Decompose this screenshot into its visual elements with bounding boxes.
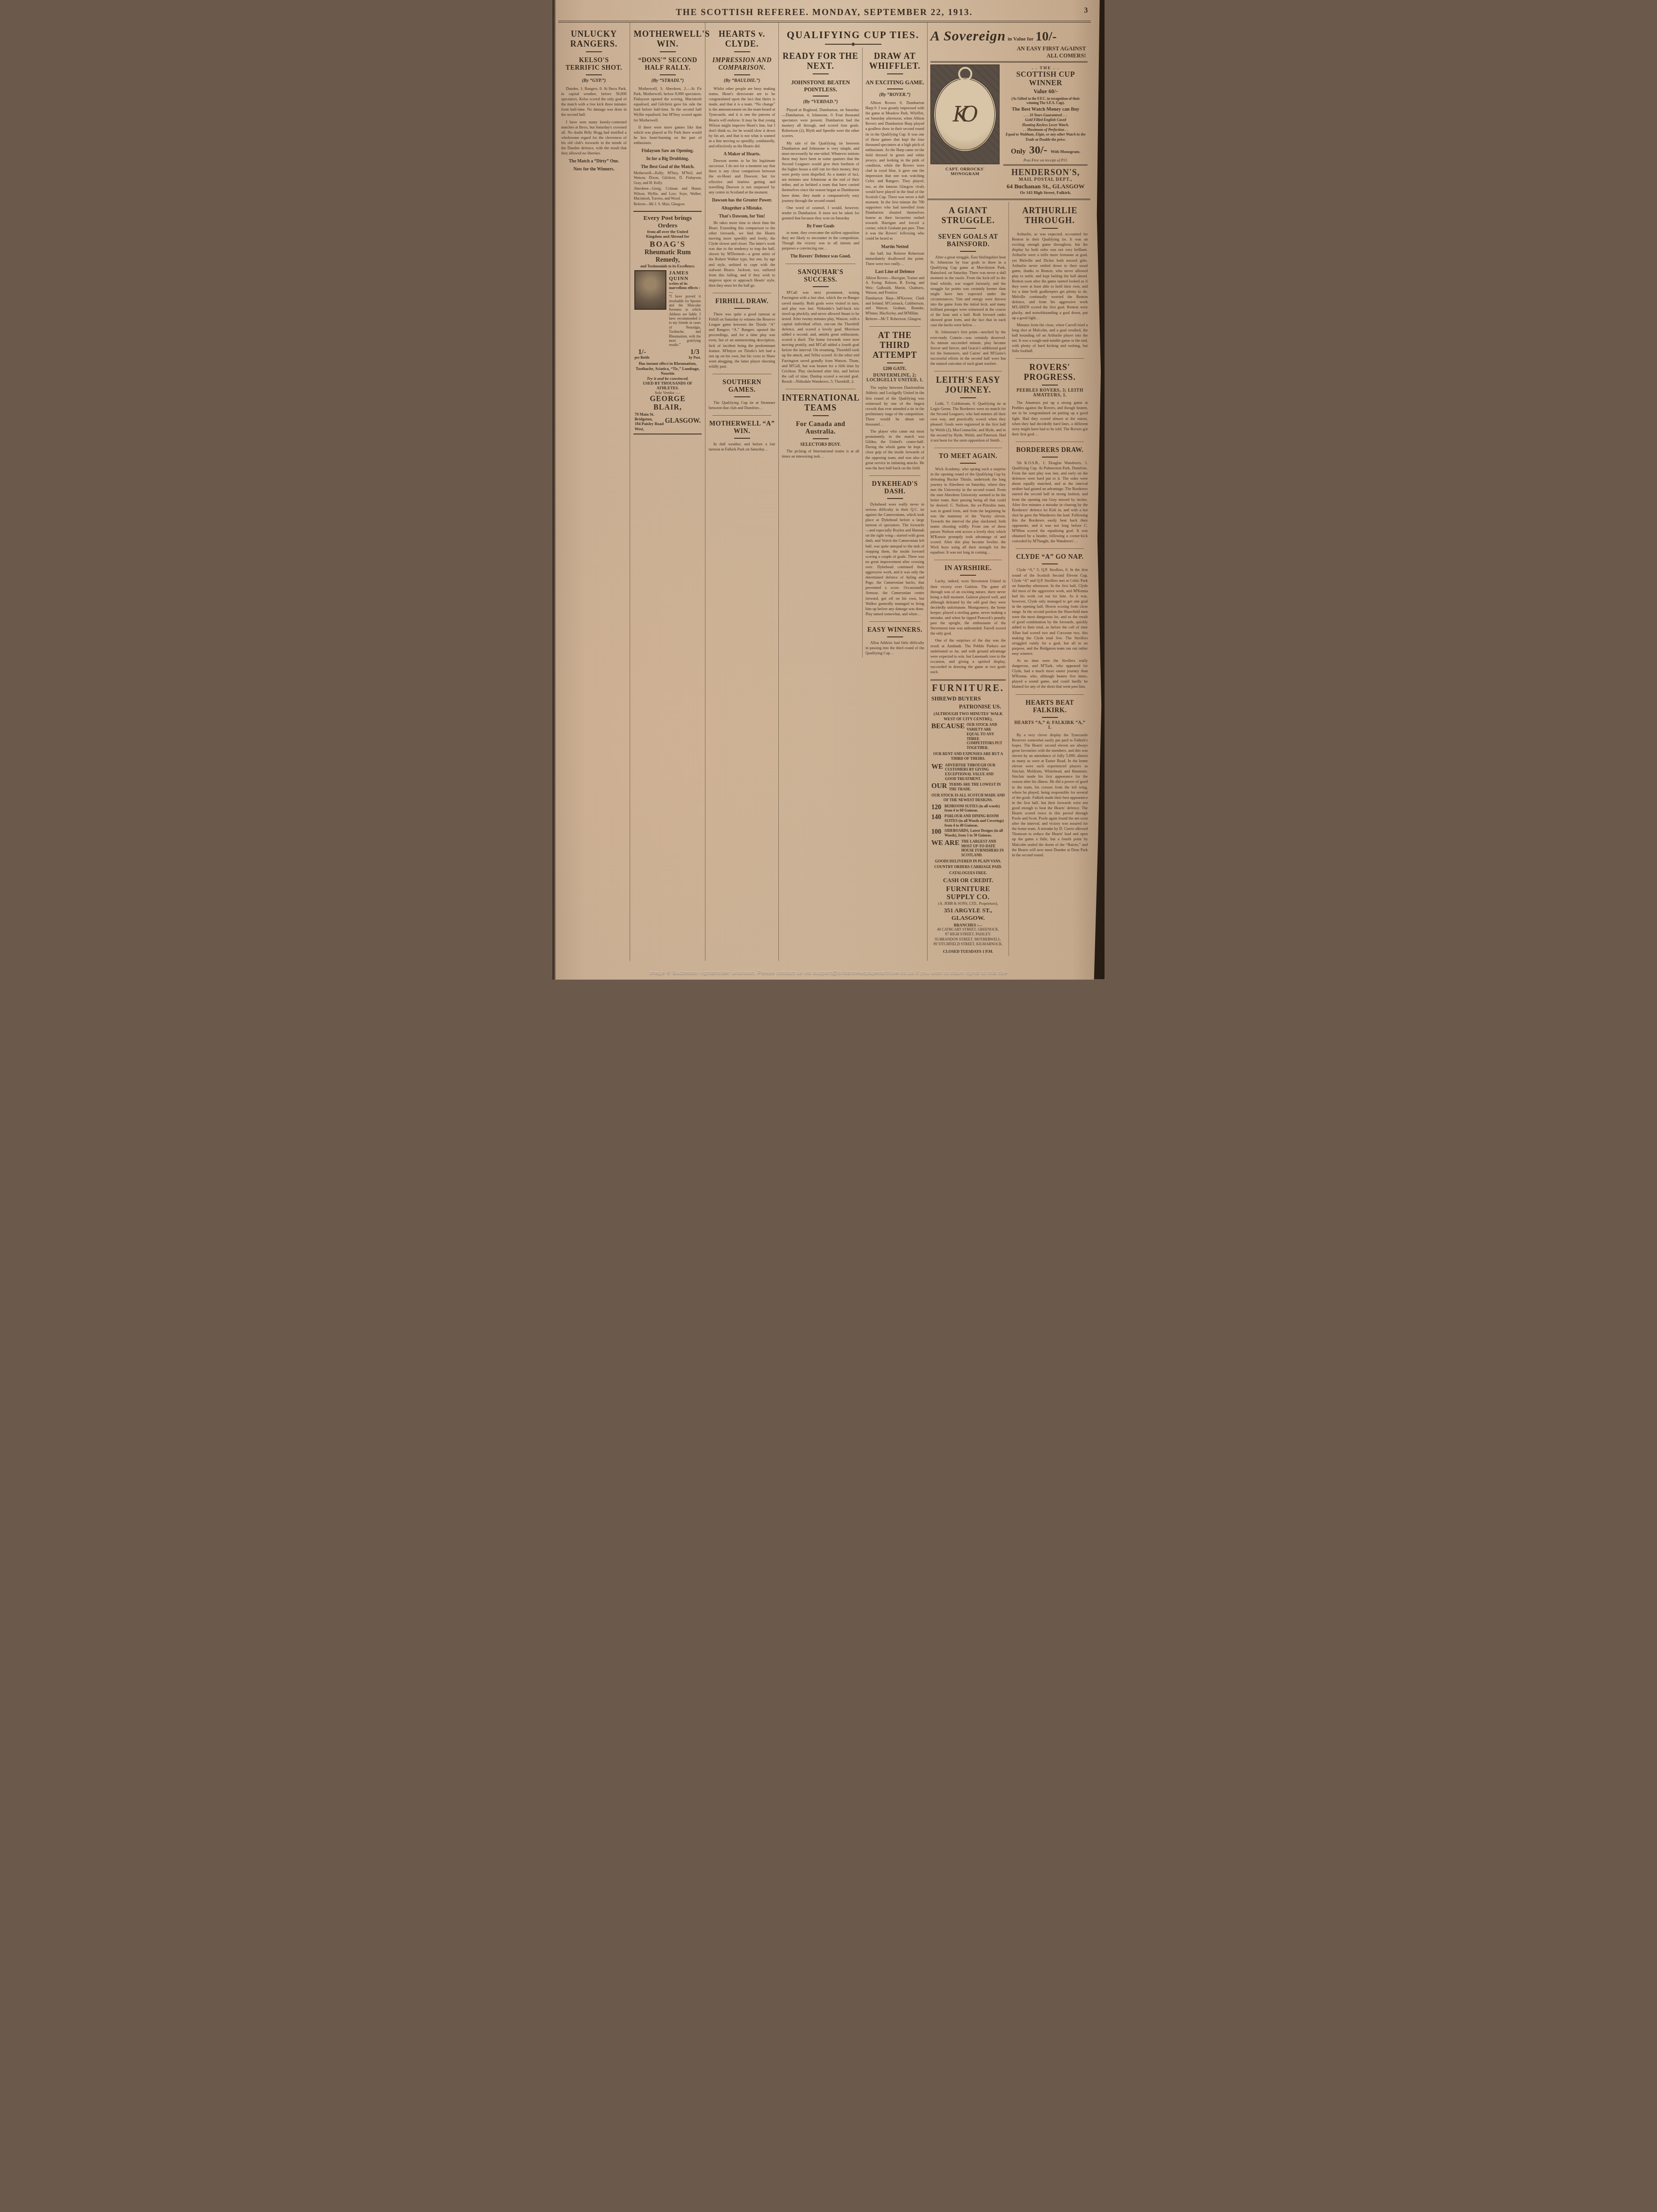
advert-best-line: The Best Watch Money can Buy bbox=[1003, 107, 1088, 112]
byline: (By “BAULDIE.”) bbox=[709, 78, 775, 83]
stock-item: 140PARLOUR AND DINING-ROOM SUITES (in al… bbox=[931, 814, 1005, 828]
rule bbox=[930, 61, 1088, 63]
headline-divider bbox=[1042, 563, 1058, 564]
stock-item-count: 100 bbox=[931, 828, 943, 837]
headline: DRAW AT WHIFFLET. bbox=[865, 51, 924, 71]
price-bottle: 1/-per Bottle bbox=[634, 349, 649, 360]
advert-line: PATRONISE US. bbox=[931, 703, 1001, 710]
headline-divider bbox=[1042, 457, 1058, 458]
branch-address: 40 CATHCART STREET, GREENOCK. bbox=[931, 927, 1005, 932]
advert-address-1: 64 Buchanan St., GLASGOW bbox=[1003, 183, 1088, 190]
advert-try-line: Try it and be convinced. bbox=[634, 376, 701, 381]
paragraph: The Qualifying Cup tie at Stranraer betw… bbox=[709, 400, 775, 410]
james-quinn-portrait bbox=[634, 270, 666, 310]
headline-divider bbox=[813, 415, 829, 416]
paragraph: 5th K.O.S.B., 1; Douglas Wanderers, 1. Q… bbox=[1012, 460, 1088, 544]
score-line: HEARTS “A,” 4; FALKIRK “A,” 1. bbox=[1012, 721, 1088, 730]
endorser-name: JAMES QUINN bbox=[669, 270, 701, 282]
article-rule bbox=[934, 371, 1002, 371]
monogram-letters: KO bbox=[953, 103, 972, 127]
paragraph: St. Johnstone's first point—notched by t… bbox=[930, 330, 1006, 366]
paragraph: Wick Academy, who sprang such a surprise… bbox=[930, 467, 1006, 555]
advert-vendor-line: Sole Vendor :— bbox=[634, 390, 701, 395]
advert-service-line: COUNTRY ORDERS CARRIAGE PAID. bbox=[931, 865, 1005, 869]
score-line: PEEBLES ROVERS, 3; LEITH AMATEURS, 1. bbox=[1012, 388, 1088, 398]
advert-product: Rheumatic Rum Remedy, bbox=[634, 249, 701, 264]
paragraph: Alloa Athletic had little difficulty in … bbox=[865, 640, 924, 656]
price-post: 1/3by Post. bbox=[689, 349, 701, 360]
branch-address: 93 BRANDON STREET, MOTHERWELL. bbox=[931, 937, 1005, 942]
stock-item-count: 140 bbox=[931, 814, 943, 828]
sub-headline: SEVEN GOALS AT BAINSFORD. bbox=[930, 233, 1006, 249]
team-list-line: Aberdeen—Greig; Colman and Hume; Wilson,… bbox=[633, 186, 702, 201]
article-rule bbox=[934, 448, 1002, 448]
advert-copy: JAMES QUINNwrites of its marvellous effe… bbox=[669, 270, 701, 347]
headline-divider bbox=[887, 498, 903, 499]
advert-used-line: USED BY THOUSANDS OF ATHLETES. bbox=[634, 381, 701, 390]
advert-rent-line: OUR RENT AND EXPENSES ARE BUT A THIRD OF… bbox=[931, 752, 1005, 762]
stock-item: 120BEDROOM SUITES (in all woods) from 4 … bbox=[931, 804, 1005, 813]
headline: BORDERERS DRAW. bbox=[1012, 447, 1088, 454]
advert-script-text: A Sovereign bbox=[930, 28, 1006, 44]
team-list-line: Referee—Mr T. Robertson, Glasgow. bbox=[865, 317, 924, 322]
column-layout: UNLUCKY RANGERS.KELSO'S TERRIFIC SHOT.(B… bbox=[558, 23, 1091, 961]
advert-cash-line: CASH OR CREDIT. bbox=[931, 877, 1005, 884]
headline: CLYDE “A” GO NAP. bbox=[1012, 554, 1088, 561]
closed-note: CLOSED TUESDAYS 1 P.M. bbox=[931, 949, 1005, 954]
paragraph: The Amateurs put up a strong game at Pee… bbox=[1012, 400, 1088, 437]
paragraph: Dawson seems to be his legitimate succes… bbox=[709, 158, 775, 195]
boags-advert: Every Post brings Ordersfrom all over th… bbox=[633, 211, 702, 434]
paragraph: Arthurlie, as was expected, accounted fo… bbox=[1012, 232, 1088, 321]
crosshead: Last Line of Defence bbox=[865, 270, 924, 274]
headline: MOTHERWELL “A” WIN. bbox=[709, 420, 775, 435]
right-column-left: A GIANT STRUGGLE.SEVEN GOALS AT BAINSFOR… bbox=[928, 202, 1009, 956]
paragraph: There was quite a good turnout at Firhil… bbox=[709, 312, 775, 369]
paragraph: If there were more games like that which… bbox=[633, 125, 702, 145]
advert-note: (ALTHOUGH TWO MINUTES' WALK WEST OF CITY… bbox=[931, 711, 1005, 721]
offer-monogram: With Monogram. bbox=[1050, 150, 1080, 154]
headline: AT THE THIRD ATTEMPT bbox=[865, 330, 924, 360]
paragraph: Whilst other people are busy making team… bbox=[709, 86, 775, 149]
crosshead: By Four Goals bbox=[782, 224, 859, 229]
article-rule bbox=[1016, 442, 1084, 442]
vendor-address-1: 79 Main St. Bridgeton, bbox=[634, 412, 664, 421]
advert-service-line: CATALOGUES FREE. bbox=[931, 871, 1005, 876]
advert-feature-list: . . . 10 Years Guaranteed . . .Gold Fill… bbox=[1003, 113, 1088, 142]
advert-brand: BOAG'S bbox=[634, 240, 701, 249]
headline: HEARTS v. CLYDE. bbox=[709, 29, 775, 49]
masthead-title: THE SCOTTISH REFEREE. MONDAY, SEPTEMBER … bbox=[676, 8, 973, 17]
headline: UNLUCKY RANGERS. bbox=[561, 29, 627, 49]
sub-headline: IMPRESSION AND COMPARISON. bbox=[709, 57, 775, 72]
headline: ARTHURLIE THROUGH. bbox=[1012, 206, 1088, 225]
section-headline: QUALIFYING CUP TIES. bbox=[779, 29, 927, 41]
offer-price: 30/- bbox=[1029, 144, 1048, 156]
crosshead: The Match a “Dirty” One. bbox=[561, 159, 627, 164]
offer-only: Only bbox=[1011, 148, 1026, 155]
article-rule bbox=[785, 389, 856, 389]
headline-divider bbox=[1042, 385, 1058, 386]
advert-feature: Hunting Keyless Lever Watch. bbox=[1003, 123, 1088, 128]
advert-mid-text: in Value for bbox=[1008, 36, 1033, 42]
paragraph: The player who came out most prominently… bbox=[865, 429, 924, 471]
paragraph: Clyde “A,” 5; Q.P. Strollers, 0. In the … bbox=[1012, 567, 1088, 656]
advert-price-text: 10/- bbox=[1035, 29, 1057, 44]
headline-divider bbox=[1042, 717, 1058, 718]
paragraph: Minutes from the close, when Carroll tri… bbox=[1012, 322, 1088, 354]
advert-headline: A Sovereign in Value for 10/- bbox=[930, 28, 1088, 44]
column-2: MOTHERWELL'S WIN.“DONS'” SECOND HALF RAL… bbox=[630, 23, 705, 961]
crosshead: Altogether a Mistake. bbox=[709, 206, 775, 211]
paragraph: Dykehead were really never in serious di… bbox=[865, 502, 924, 617]
advert-keyword: OUR bbox=[931, 782, 947, 790]
headline: HEARTS BEAT FALKIRK. bbox=[1012, 700, 1088, 715]
column-1: UNLUCKY RANGERS.KELSO'S TERRIFIC SHOT.(B… bbox=[558, 23, 631, 961]
furniture-advert: FURNITURE.SHREWD BUYERSPATRONISE US.(ALT… bbox=[930, 679, 1006, 956]
advert-line: SHREWD BUYERS bbox=[931, 695, 1005, 702]
advert-feature: . . . 10 Years Guaranteed . . . bbox=[1003, 113, 1088, 118]
headline-divider bbox=[586, 74, 602, 75]
branch-address: 87 HIGH STREET, PAISLEY. bbox=[931, 932, 1005, 937]
headline-divider bbox=[1042, 228, 1058, 229]
headline-divider bbox=[586, 51, 602, 52]
endorser-quote: “I have proved it invaluable for Sprains… bbox=[669, 294, 701, 347]
article-rule bbox=[1016, 548, 1084, 549]
stock-item-text: BEDROOM SUITES (in all woods) from 4 to … bbox=[945, 804, 1005, 813]
company-proprietors: (A. JEBB & SONS, LTD., Proprietors), bbox=[931, 901, 1005, 906]
byline: (By “STRADI.”) bbox=[633, 78, 702, 83]
vendor-name: GEORGE BLAIR, bbox=[634, 395, 701, 412]
headline: JOHNSTONE BEATEN POINTLESS. bbox=[782, 79, 859, 93]
team-list-line: Dumbarton Harp—M'Keown; Clark and Irelan… bbox=[865, 296, 924, 316]
newspaper-page: THE SCOTTISH REFEREE. MONDAY, SEPTEMBER … bbox=[552, 0, 1105, 980]
paragraph: Played at Boghead, Dumbarton, on Saturda… bbox=[782, 107, 859, 139]
illustration-caption: CAPT. ORROCKS' MONOGRAM bbox=[930, 167, 1000, 176]
crosshead: SELECTORS BUSY. bbox=[782, 442, 859, 447]
headline: FIRHILL DRAW. bbox=[709, 298, 775, 306]
paragraph: He takes more time to shoot than the Hea… bbox=[709, 220, 775, 288]
advert-value: Value 60/- bbox=[1003, 88, 1088, 95]
paragraph: By a very clever display the Tynecastle … bbox=[1012, 732, 1088, 858]
advert-subline: AN EASY FIRST AGAINST ALL COMERS! bbox=[932, 45, 1086, 59]
crosshead: Now for the Winners. bbox=[561, 167, 627, 172]
sub-headline: For Canada and Australia. bbox=[782, 421, 859, 436]
advert-offer: Only 30/- With Monogram. bbox=[1003, 144, 1088, 157]
advert-keyword: BECAUSE bbox=[931, 723, 965, 731]
column-4-right: DRAW AT WHIFFLET.AN EXCITING GAME.(By “R… bbox=[863, 48, 927, 658]
team-list-line: Motherwell—Kelly; M'Stey, M'Neil, and Wa… bbox=[633, 171, 702, 185]
company-address: 351 ARGYLE ST., GLASGOW. bbox=[931, 907, 1005, 922]
article-rule bbox=[712, 293, 771, 293]
stock-item-count: 120 bbox=[931, 804, 943, 813]
headline: A GIANT STRUGGLE. bbox=[930, 206, 1006, 225]
paragraph: One word of counsel, I would, however, t… bbox=[782, 205, 859, 221]
paragraph: Dundee, 1; Rangers, 0. At Ibrox Park, in… bbox=[561, 86, 627, 118]
paragraph: Lucky, indeed, were Stevenston United in… bbox=[930, 579, 1006, 636]
advert-title: FURNITURE. bbox=[931, 683, 1005, 694]
advert-feature: . . Maximum of Perfection . . bbox=[1003, 128, 1088, 132]
advert-effect-line: Has instant effect in Rheumatism, Tootha… bbox=[634, 361, 701, 376]
column-3: HEARTS v. CLYDE.IMPRESSION AND COMPARISO… bbox=[705, 23, 779, 961]
advert-post-free: Post Free on receipt of P.O. bbox=[1003, 158, 1088, 162]
paragraph: One of the surprises of the day was the … bbox=[930, 638, 1006, 675]
headline-divider bbox=[734, 438, 750, 439]
crosshead: The Best Goal of the Match. bbox=[633, 165, 702, 169]
advert-keyword-text: ADVERTISE THROUGH OUR CUSTOMERS BY GIVIN… bbox=[945, 763, 1005, 781]
crosshead: Martin Netted bbox=[865, 245, 924, 249]
page-number: 3 bbox=[1084, 7, 1088, 15]
article-rule bbox=[869, 621, 921, 622]
advert-line: Kingdom and Abroad for bbox=[634, 234, 701, 239]
headline: SANQUHAR'S SUCCESS. bbox=[782, 269, 859, 284]
sub-headline: KELSO'S TERRIFIC SHOT. bbox=[561, 57, 627, 72]
article-rule bbox=[1016, 694, 1084, 695]
branches-label: BRANCHES :— bbox=[931, 923, 1005, 927]
advert-row: BECAUSEOUR STOCK AND VARIETY ARE EQUAL T… bbox=[931, 723, 1005, 750]
headline: IN AYRSHIRE. bbox=[930, 565, 1006, 572]
sub-headline: “DONS'” SECOND HALF RALLY. bbox=[633, 57, 702, 72]
paragraph: I have seen many keenly-contested matche… bbox=[561, 120, 627, 156]
price-row: 1/-per Bottle1/3by Post. bbox=[634, 349, 701, 360]
paragraph: the ball, but Referee Robertson immediat… bbox=[865, 251, 924, 266]
article-rule bbox=[934, 560, 1002, 560]
crosshead: In for a Big Drubbing. bbox=[633, 157, 702, 161]
score-line: DUNFERMLINE, 2; LOCHGELLY UNITED, 1. bbox=[865, 373, 924, 383]
advert-feature: Gold Filled English Cased bbox=[1003, 118, 1088, 122]
headline-divider bbox=[960, 397, 976, 398]
column-4-left: READY FOR THE NEXT.JOHNSTONE BEATEN POIN… bbox=[779, 48, 863, 658]
vendor-address-lines: 79 Main St. Bridgeton,184 Paisley Road W… bbox=[634, 412, 664, 431]
advert-row: OURTERMS ARE THE LOWEST IN THE TRADE. bbox=[931, 782, 1005, 791]
article-rule bbox=[712, 374, 771, 374]
paragraph: Motherwell, 3; Aberdeen, 2.—At Fir Park,… bbox=[633, 86, 702, 123]
paragraph: Leith, 7; Coldstream, 0. Qualifying tie … bbox=[930, 401, 1006, 443]
price-post-label: by Post. bbox=[689, 356, 701, 360]
advert-title: SCOTTISH CUP WINNER bbox=[1003, 71, 1088, 88]
headline-divider bbox=[734, 308, 750, 309]
paragraph: At no time were the Strollers really dan… bbox=[1012, 658, 1088, 690]
price-bottle-label: per Bottle bbox=[634, 356, 649, 360]
advert-address-2: Or 143 High Street, Falkirk. bbox=[1003, 190, 1088, 195]
headline-divider bbox=[813, 96, 829, 97]
article-rule bbox=[785, 264, 856, 264]
article-rule bbox=[1016, 358, 1084, 359]
advert-row: WE ARETHE LARGEST AND MOST UP-TO-DATE HO… bbox=[931, 839, 1005, 858]
paragraph: M'Call was next prominent, testing Farri… bbox=[782, 290, 859, 384]
headline-divider bbox=[660, 51, 676, 52]
crosshead: The Rovers' Defence was Good. bbox=[782, 254, 859, 259]
advert-gift-note: (As Gifted to the F.F.C. in recognition … bbox=[1006, 97, 1085, 105]
advert-line: Every Post brings Orders bbox=[634, 214, 701, 229]
divider bbox=[825, 44, 881, 45]
advert-row: WEADVERTISE THROUGH OUR CUSTOMERS BY GIV… bbox=[931, 763, 1005, 781]
advert-feature: Equal to Waltham, Elgin, or any other Wa… bbox=[1003, 132, 1088, 142]
crosshead: That's Dawson, for You! bbox=[709, 214, 775, 219]
headline: EASY WINNERS. bbox=[865, 627, 924, 634]
advert-columns: JAMES QUINNwrites of its marvellous effe… bbox=[634, 270, 701, 347]
headline-divider bbox=[887, 73, 903, 74]
watch-face: KO bbox=[934, 77, 996, 152]
headline: TO MEET AGAIN. bbox=[930, 453, 1006, 460]
crosshead: A Maker of Hearts. bbox=[709, 152, 775, 157]
headline-divider bbox=[660, 74, 676, 75]
headline-divider bbox=[813, 438, 829, 439]
qualifying-cup-section: QUALIFYING CUP TIES. READY FOR THE NEXT.… bbox=[779, 23, 928, 961]
headline-divider bbox=[887, 88, 903, 89]
advert-subline-1: AN EASY FIRST AGAINST bbox=[932, 45, 1086, 52]
stock-item: 100SIDEBOARDS, Latest Designs (in all Wo… bbox=[931, 828, 1005, 837]
advert-the: . . THE . . bbox=[1003, 65, 1088, 70]
headline: LEITH'S EASY JOURNEY. bbox=[930, 375, 1006, 395]
byline: (By “VERDAD.”) bbox=[782, 99, 859, 105]
paragraph: The picking of International teams is at… bbox=[782, 449, 859, 459]
headline: SOUTHERN GAMES. bbox=[709, 379, 775, 394]
headline: ROVERS' PROGRESS. bbox=[1012, 362, 1088, 382]
advert-line: from all over the United bbox=[634, 229, 701, 234]
paragraph: Albion Rovers 0, Dumbarton Harp 0. I was… bbox=[865, 100, 924, 241]
headline: AN EXCITING GAME. bbox=[865, 79, 924, 86]
headline-divider bbox=[960, 228, 976, 229]
crosshead: Dawson has the Greater Power. bbox=[709, 198, 775, 203]
article-rule bbox=[869, 475, 921, 476]
masthead: THE SCOTTISH REFEREE. MONDAY, SEPTEMBER … bbox=[558, 3, 1091, 23]
headline-divider bbox=[734, 51, 750, 52]
headline-divider bbox=[813, 73, 829, 74]
team-list-line: Albion Rovers—Harrigan; Trainer and A. E… bbox=[865, 276, 924, 296]
pocket-watch-illustration: KO bbox=[930, 64, 1000, 164]
vendor-city: GLASGOW. bbox=[665, 418, 701, 425]
advert-keyword-text: THE LARGEST AND MOST UP-TO-DATE HOUSE FU… bbox=[961, 839, 1005, 858]
advert-stock-line: OUR STOCK IS ALL SCOTCH MADE AND OF THE … bbox=[931, 793, 1005, 803]
advert-dept: MAIL POSTAL DEPT., bbox=[1003, 177, 1088, 182]
paragraph: My tale of the Qualifying tie between Du… bbox=[782, 141, 859, 203]
stock-item-text: SIDEBOARDS, Latest Designs (in all Woods… bbox=[945, 828, 1005, 837]
endorser-writes: writes of its marvellous effects :— bbox=[669, 282, 701, 294]
headline-divider bbox=[887, 636, 903, 637]
branch-address: 89 TITCHFIELD STREET, KILMARNOCK. bbox=[931, 942, 1005, 947]
advert-subline-2: ALL COMERS! bbox=[932, 52, 1086, 59]
headline: INTERNATIONAL TEAMS bbox=[782, 393, 859, 413]
headline-divider bbox=[887, 362, 903, 363]
headline: DYKEHEAD'S DASH. bbox=[865, 481, 924, 496]
paragraph: The replay between Dunfermline Athletic … bbox=[865, 385, 924, 427]
stock-item-text: PARLOUR AND DINING-ROOM SUITES (in all W… bbox=[945, 814, 1005, 828]
company-name: FURNITURE SUPPLY CO. bbox=[931, 885, 1005, 901]
vendor-address: 79 Main St. Bridgeton,184 Paisley Road W… bbox=[634, 412, 701, 431]
archive-watermark: Image © Successor rightsholder unknown. … bbox=[552, 970, 1105, 976]
right-section: A Sovereign in Value for 10/- AN EASY FI… bbox=[928, 23, 1090, 961]
paragraph: to none, they overcame the stiffest oppo… bbox=[782, 230, 859, 251]
watch-advert: A Sovereign in Value for 10/- AN EASY FI… bbox=[928, 25, 1090, 200]
article-rule bbox=[869, 326, 921, 327]
rule bbox=[1003, 164, 1088, 166]
byline: (By “ROVER.”) bbox=[865, 92, 924, 97]
advert-keyword: WE bbox=[931, 763, 943, 771]
headline-divider bbox=[734, 396, 750, 397]
right-column-right: ARTHURLIE THROUGH.Arthurlie, as was expe… bbox=[1009, 202, 1090, 956]
vendor-address-2: 184 Paisley Road West, bbox=[634, 421, 664, 431]
advert-keyword-text: OUR STOCK AND VARIETY ARE EQUAL TO ANY T… bbox=[967, 723, 1005, 750]
crosshead: £200 GATE. bbox=[865, 367, 924, 371]
headline-divider bbox=[960, 251, 976, 252]
team-list-line: Referee—Mr J. S. Muir, Glasgow. bbox=[633, 202, 702, 207]
byline: (By “GYP.”) bbox=[561, 78, 627, 83]
advert-testimonial-line: and Testimonials to its Excellence. bbox=[634, 264, 701, 268]
paragraph: After a great struggle, East Stirlingshi… bbox=[930, 255, 1006, 328]
headline-divider bbox=[813, 286, 829, 287]
advert-keyword-text: TERMS ARE THE LOWEST IN THE TRADE. bbox=[949, 782, 1005, 791]
headline-divider bbox=[960, 463, 976, 464]
crosshead: Finlayson Saw an Opening. bbox=[633, 149, 702, 153]
article-rule bbox=[712, 415, 771, 416]
advert-keyword: WE ARE bbox=[931, 839, 960, 847]
headline-divider bbox=[734, 74, 750, 75]
advert-shop-name: HENDERSON'S, bbox=[1003, 168, 1088, 177]
headline: MOTHERWELL'S WIN. bbox=[633, 29, 702, 49]
advert-service-line: GOODS DELIVERED IN PLAIN VANS. bbox=[931, 859, 1005, 864]
paragraph: In dull weather, and before a fair turno… bbox=[709, 442, 775, 452]
headline: READY FOR THE NEXT. bbox=[782, 51, 859, 71]
headline-divider bbox=[960, 575, 976, 576]
